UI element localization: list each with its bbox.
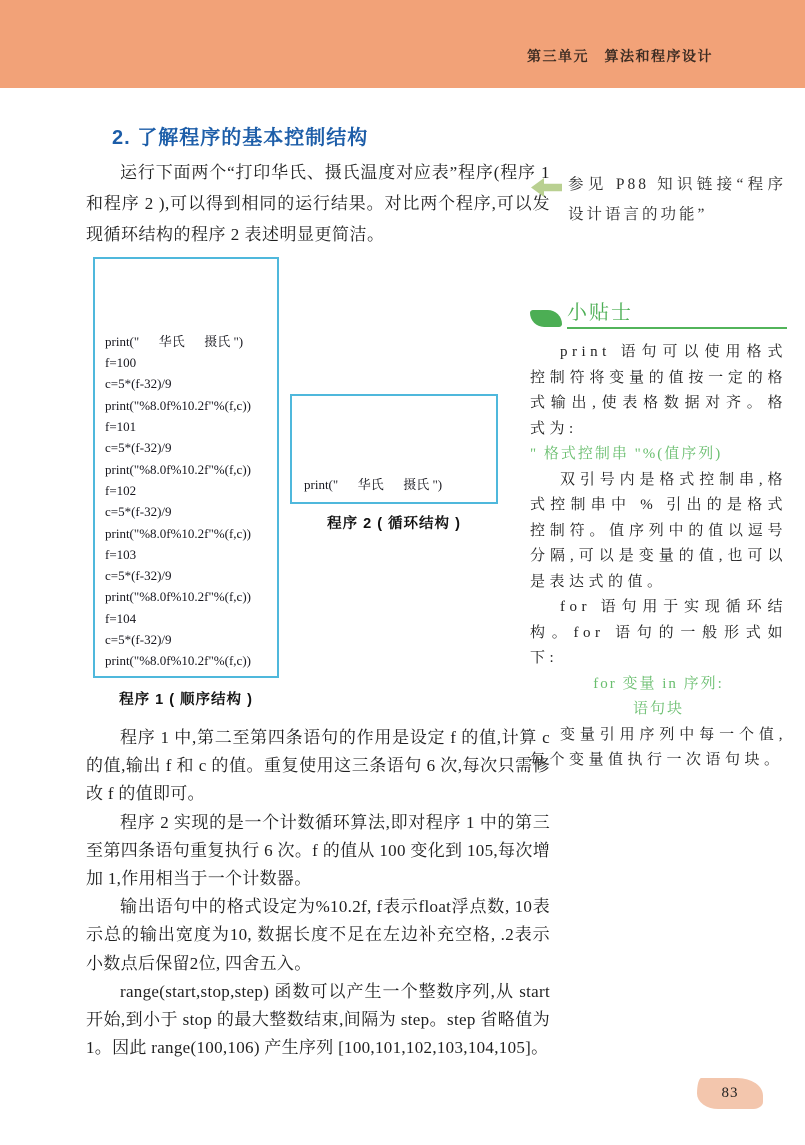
- textbook-page: 第三单元 算法和程序设计 2. 了解程序的基本控制结构 运行下面两个“打印华氏、…: [0, 0, 805, 1145]
- tip-line: " 格式控制串 "%(值序列): [530, 442, 787, 468]
- left-arrow-icon: [531, 178, 562, 197]
- tip-line: for 变量 in 序列:: [530, 672, 787, 698]
- tip-line: print 语句可以使用格式控制符将变量的值按一定的格式输出,使表格数据对齐。格…: [530, 340, 787, 442]
- code-line: f=104: [105, 608, 273, 629]
- intro-paragraph: 运行下面两个“打印华氏、摄氏温度对应表”程序(程序 1 和程序 2 ),可以得到…: [86, 157, 550, 250]
- code-line: f=101: [105, 416, 273, 437]
- unit-header-band: 第三单元 算法和程序设计: [0, 0, 805, 88]
- code-line: print(" 华氏 摄氏 "): [105, 331, 273, 352]
- code-line: print("%8.0f%10.2f"%(f,c)): [105, 459, 273, 480]
- code-line: print("%8.0f%10.2f"%(f,c)): [105, 523, 273, 544]
- code-line: c=5*(f-32)/9: [105, 565, 273, 586]
- program2-caption: 程序 2 ( 循环结构 ): [290, 512, 498, 533]
- tip-line: 双引号内是格式控制串,格式控制串中 % 引出的是格式控制符。值序列中的值以逗号分…: [530, 468, 787, 596]
- code-line: f=105: [105, 672, 273, 678]
- code-line: f=102: [105, 480, 273, 501]
- program1-caption: 程序 1 ( 顺序结构 ): [93, 688, 279, 709]
- body-paragraph: 输出语句中的格式设定为%10.2f, f表示float浮点数, 10表示总的输出…: [86, 893, 550, 978]
- section-title: 2. 了解程序的基本控制结构: [112, 121, 368, 150]
- body-paragraph: 程序 1 中,第二至第四条语句的作用是设定 f 的值,计算 c 的值,输出 f …: [86, 724, 550, 809]
- body-paragraph: 程序 2 实现的是一个计数循环算法,即对程序 1 中的第三至第四条语句重复执行 …: [86, 809, 550, 894]
- code-line: for f in range(100,106):: [304, 496, 492, 504]
- code-line: print("%8.0f%10.2f"%(f,c)): [105, 395, 273, 416]
- code-line: f=100: [105, 352, 273, 373]
- tip-title: 小贴士: [567, 302, 633, 324]
- code-line: print(" 华氏 摄氏 "): [304, 474, 492, 497]
- tip-line: for 语句用于实现循环结构。for 语句的一般形式如下:: [530, 595, 787, 672]
- code-line: c=5*(f-32)/9: [105, 501, 273, 522]
- code-line: print("%8.0f%10.2f"%(f,c)): [105, 650, 273, 671]
- tip-box: 小贴士 print 语句可以使用格式控制符将变量的值按一定的格式输出,使表格数据…: [530, 299, 787, 774]
- program1-codebox: print(" 华氏 摄氏 ")f=100c=5*(f-32)/9print("…: [93, 257, 279, 678]
- tip-header: 小贴士: [530, 299, 787, 329]
- body-paragraphs: 程序 1 中,第二至第四条语句的作用是设定 f 的值,计算 c 的值,输出 f …: [86, 724, 550, 1062]
- ref-note-text: 参见 P88 知识链接“程序设计语言的功能”: [568, 170, 786, 230]
- page-number-badge: 83: [697, 1078, 763, 1109]
- tip-line: 变量引用序列中每一个值,每个变量值执行一次语句块。: [530, 723, 787, 774]
- code-line: c=5*(f-32)/9: [105, 373, 273, 394]
- tip-body: print 语句可以使用格式控制符将变量的值按一定的格式输出,使表格数据对齐。格…: [530, 340, 787, 774]
- leaf-icon: [530, 310, 562, 327]
- tip-title-underline: 小贴士: [567, 296, 787, 329]
- tip-line: 语句块: [530, 697, 787, 723]
- page-number: 83: [722, 1085, 739, 1102]
- code-line: c=5*(f-32)/9: [105, 629, 273, 650]
- code-line: print("%8.0f%10.2f"%(f,c)): [105, 586, 273, 607]
- code-line: f=103: [105, 544, 273, 565]
- unit-title: 第三单元 算法和程序设计: [527, 46, 713, 66]
- body-paragraph: range(start,stop,step) 函数可以产生一个整数序列,从 st…: [86, 978, 550, 1063]
- ref-note: 参见 P88 知识链接“程序设计语言的功能”: [530, 170, 786, 230]
- program2-codebox: print(" 华氏 摄氏 ")for f in range(100,106):…: [290, 394, 498, 504]
- code-line: c=5*(f-32)/9: [105, 437, 273, 458]
